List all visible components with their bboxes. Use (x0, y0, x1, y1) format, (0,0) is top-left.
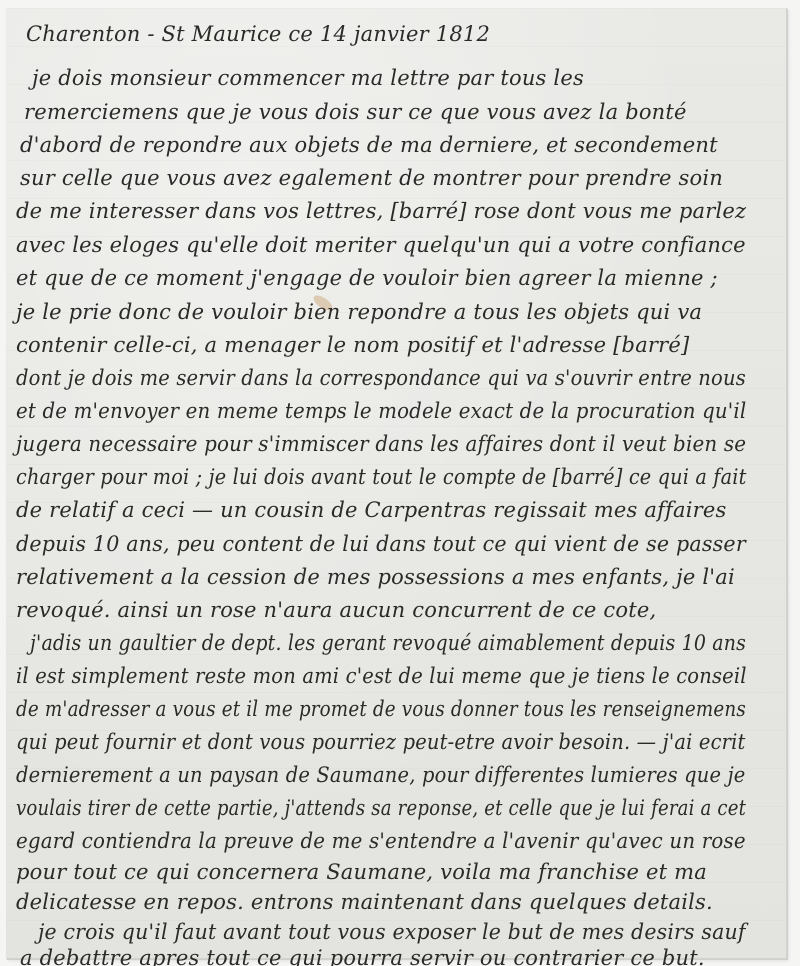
letter-line: contenir celle-ci, a menager le nom posi… (16, 333, 689, 357)
letter-line: a debattre apres tout ce qui pourra serv… (20, 946, 705, 966)
letter-line: voulais tirer de cette partie, j'attends… (16, 796, 746, 820)
letter-line: egard contiendra la preuve de me s'enten… (16, 829, 746, 853)
letter-line: depuis 10 ans, peu content de lui dans t… (16, 532, 746, 556)
letter-heading: Charenton - St Maurice ce 14 janvier 181… (26, 22, 490, 46)
letter-line: de me interesser dans vos lettres, [barr… (16, 199, 746, 223)
letter-line: jugera necessaire pour s'immiscer dans l… (16, 432, 746, 456)
letter-line: avec les eloges qu'elle doit meriter que… (16, 233, 746, 257)
document-scan: Charenton - St Maurice ce 14 janvier 181… (0, 0, 800, 966)
letter-line: dernierement a un paysan de Saumane, pou… (16, 763, 745, 787)
letter-line: et de m'envoyer en meme temps le modele … (16, 399, 746, 423)
letter-line: je dois monsieur commencer ma lettre par… (32, 66, 584, 90)
letter-line: de relatif a ceci — un cousin de Carpent… (16, 498, 727, 522)
letter-line: qui peut fournir et dont vous pourriez p… (16, 730, 746, 754)
letter-line: dont je dois me servir dans la correspon… (16, 366, 746, 390)
letter-line: de m'adresser a vous et il me promet de … (16, 697, 746, 721)
letter-line: revoqué. ainsi un rose n'aura aucun conc… (16, 598, 656, 622)
letter-line: je le prie donc de vouloir bien repondre… (16, 300, 702, 324)
letter-line: remerciemens que je vous dois sur ce que… (24, 100, 687, 124)
letter-line: sur celle que vous avez egalement de mon… (20, 166, 723, 190)
letter-line: j'adis un gaultier de dept. les gerant r… (30, 631, 746, 655)
letter-page: Charenton - St Maurice ce 14 janvier 181… (6, 8, 787, 959)
letter-line: charger pour moi ; je lui dois avant tou… (16, 465, 746, 489)
letter-line: et que de ce moment j'engage de vouloir … (16, 266, 718, 290)
letter-line: je crois qu'il faut avant tout vous expo… (38, 920, 746, 944)
letter-line: d'abord de repondre aux objets de ma der… (20, 133, 718, 157)
letter-line: il est simplement reste mon ami c'est de… (16, 664, 747, 688)
letter-line: delicatesse en repos. entrons maintenant… (16, 890, 713, 914)
letter-line: pour tout ce qui concernera Saumane, voi… (16, 860, 707, 884)
letter-line: relativement a la cession de mes possess… (16, 565, 735, 589)
